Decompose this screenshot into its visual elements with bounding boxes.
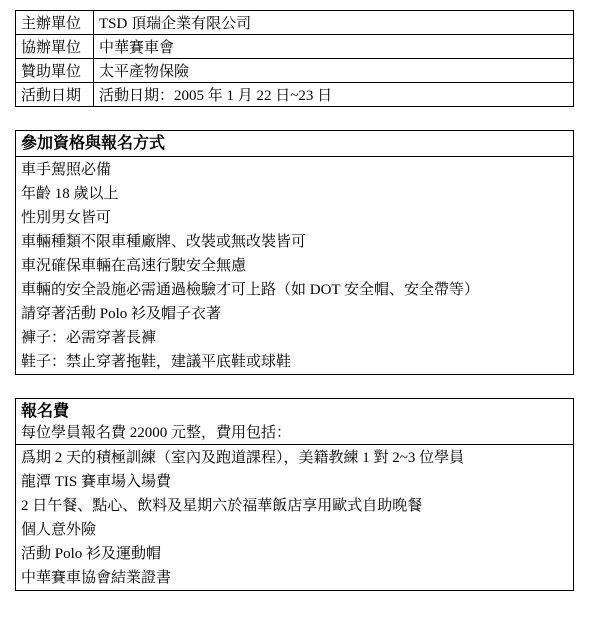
qualification-section-title: 參加資格與報名方式	[16, 131, 573, 157]
fee-item: 龍潭 TIS 賽車場入場費	[21, 470, 573, 494]
row-label-co-organizer: 協辦單位	[16, 35, 94, 59]
qualification-item: 車輛種類不限車種廠牌、改裝或無改裝皆可	[21, 230, 573, 254]
row-value-event-date: 活動日期：2005 年 1 月 22 日~23 日	[94, 83, 574, 107]
document-page: 主辦單位 TSD 頂瑞企業有限公司 協辦單位 中華賽車會 贊助單位 太平產物保險…	[0, 0, 591, 622]
fee-item: 活動 Polo 衫及運動帽	[21, 542, 573, 566]
fee-list: 爲期 2 天的積極訓練（室內及跑道課程），美籍教練 1 對 2~3 位學員 龍潭…	[16, 445, 573, 590]
row-label-sponsor: 贊助單位	[16, 59, 94, 83]
qualification-item: 車輛的安全設施必需通過檢驗才可上路（如 DOT 安全帽、安全帶等）	[21, 278, 573, 302]
table-row: 活動日期 活動日期：2005 年 1 月 22 日~23 日	[16, 83, 574, 107]
qualification-section: 參加資格與報名方式 車手駕照必備 年齡 18 歲以上 性別男女皆可 車輛種類不限…	[15, 130, 574, 375]
event-info-table: 主辦單位 TSD 頂瑞企業有限公司 協辦單位 中華賽車會 贊助單位 太平產物保險…	[15, 10, 574, 107]
fee-item: 個人意外險	[21, 518, 573, 542]
fee-section-subtitle: 每位學員報名費 22000 元整，費用包括：	[16, 423, 573, 444]
fee-section-title: 報名費	[16, 399, 573, 423]
fee-item: 2 日午餐、點心、飲料及星期六於福華飯店享用歐式自助晚餐	[21, 494, 573, 518]
fee-section-header: 報名費 每位學員報名費 22000 元整，費用包括：	[16, 399, 573, 445]
fee-section: 報名費 每位學員報名費 22000 元整，費用包括： 爲期 2 天的積極訓練（室…	[15, 398, 574, 591]
qualification-item: 車手駕照必備	[21, 158, 573, 182]
qualification-item: 鞋子：禁止穿著拖鞋，建議平底鞋或球鞋	[21, 350, 573, 374]
table-row: 主辦單位 TSD 頂瑞企業有限公司	[16, 11, 574, 35]
fee-item: 中華賽車協會結業證書	[21, 566, 573, 590]
row-label-organizer: 主辦單位	[16, 11, 94, 35]
row-value-co-organizer: 中華賽車會	[94, 35, 574, 59]
row-value-sponsor: 太平產物保險	[94, 59, 574, 83]
fee-item: 爲期 2 天的積極訓練（室內及跑道課程），美籍教練 1 對 2~3 位學員	[21, 446, 573, 470]
qualification-item: 年齡 18 歲以上	[21, 182, 573, 206]
qualification-item: 褲子：必需穿著長褲	[21, 326, 573, 350]
table-row: 贊助單位 太平產物保險	[16, 59, 574, 83]
row-label-event-date: 活動日期	[16, 83, 94, 107]
qualification-list: 車手駕照必備 年齡 18 歲以上 性別男女皆可 車輛種類不限車種廠牌、改裝或無改…	[16, 157, 573, 374]
qualification-item: 請穿著活動 Polo 衫及帽子衣著	[21, 302, 573, 326]
qualification-item: 車況確保車輛在高速行駛安全無慮	[21, 254, 573, 278]
qualification-item: 性別男女皆可	[21, 206, 573, 230]
table-row: 協辦單位 中華賽車會	[16, 35, 574, 59]
row-value-organizer: TSD 頂瑞企業有限公司	[94, 11, 574, 35]
